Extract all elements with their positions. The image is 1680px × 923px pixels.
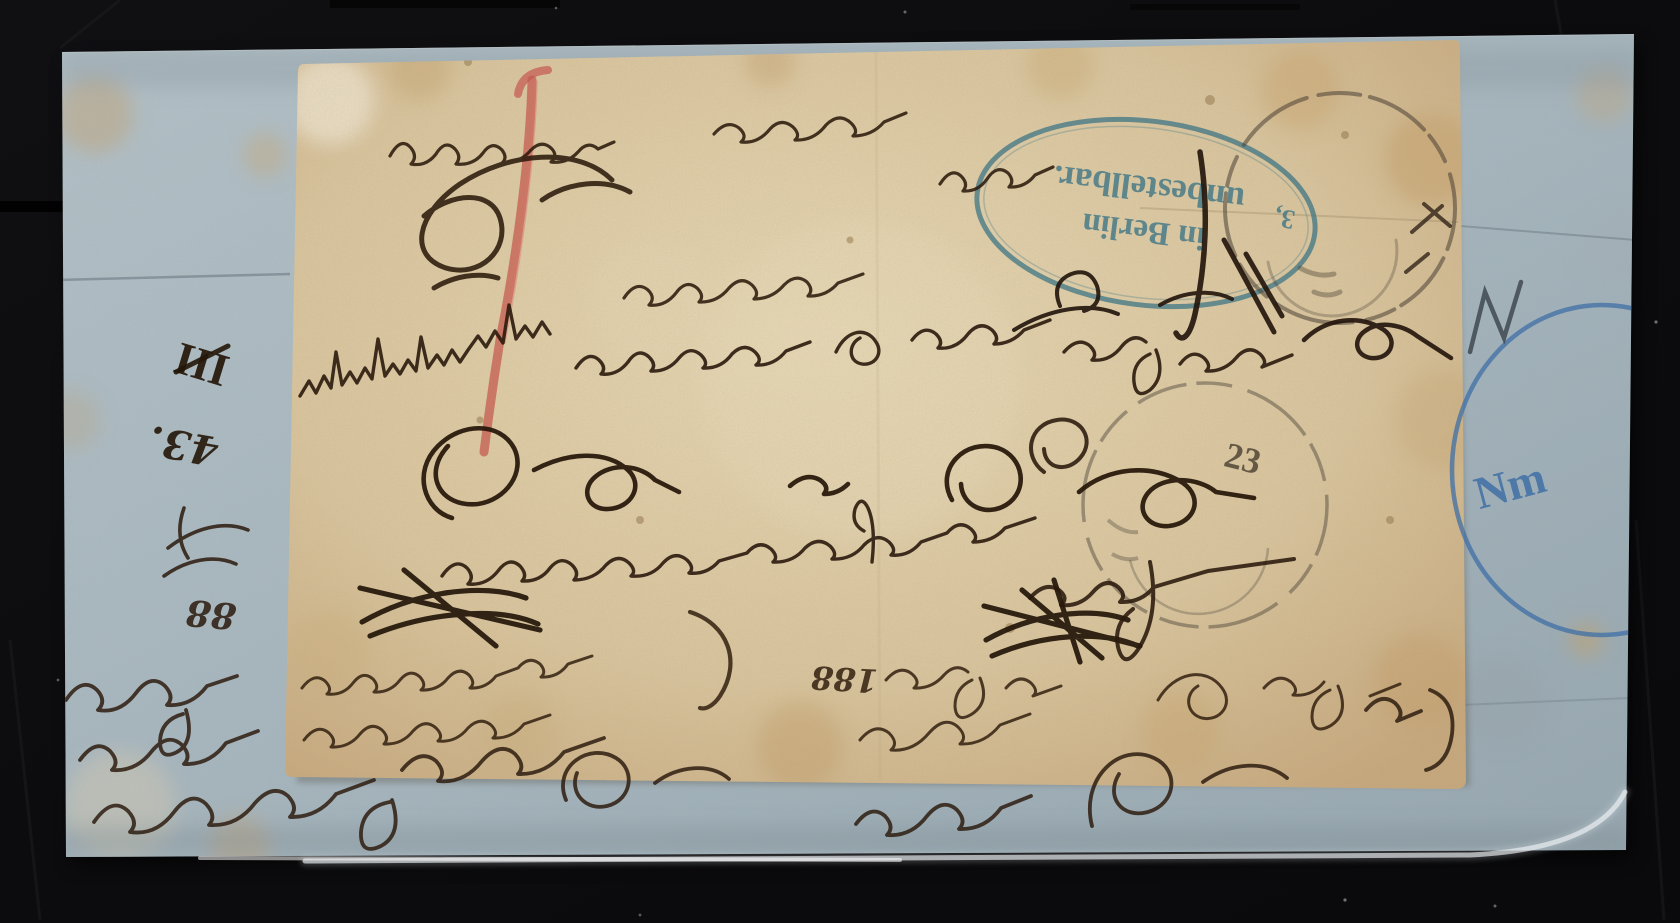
dust-speck (639, 914, 642, 917)
dust-speck (1654, 320, 1657, 323)
dust-speck (1494, 905, 1497, 908)
dust-speck (555, 7, 558, 10)
number-88-annotation: 88 (184, 591, 239, 637)
dust-speck (904, 11, 907, 14)
letter-photograph: in Berlin unbestellbar. 3, 23 Nm (0, 0, 1680, 923)
photo-stage: in Berlin unbestellbar. 3, 23 Nm (0, 0, 1680, 923)
sleeve-glare-bright (200, 858, 900, 860)
paper-grain (60, 32, 1640, 862)
dark-bar (1130, 4, 1300, 10)
number-188-annotation: 188 (810, 658, 879, 699)
dark-bar (330, 0, 560, 8)
dust-speck (57, 679, 60, 682)
dust-speck (1343, 898, 1346, 901)
